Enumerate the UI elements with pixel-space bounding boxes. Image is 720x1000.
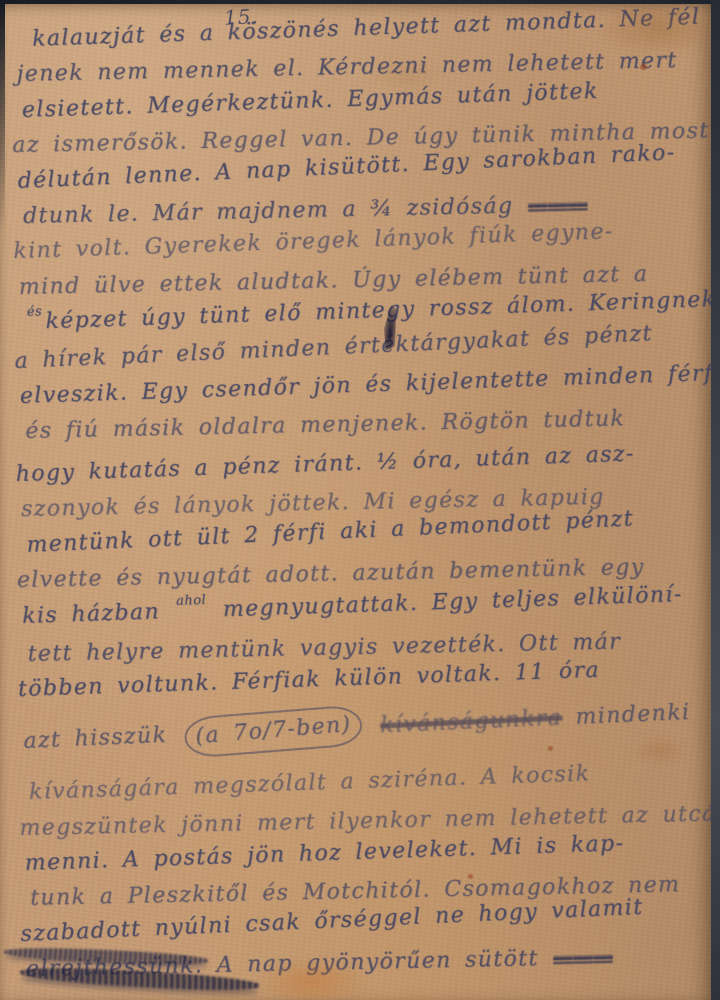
scan-edge-left: [0, 0, 5, 235]
paper: 15. kalauzját és a köszönés helyett azt …: [0, 2, 712, 1000]
handwriting-text: azt hisszük: [23, 722, 181, 754]
scan-edge-right: [711, 0, 720, 1000]
scanned-page: 15. kalauzját és a köszönés helyett azt …: [0, 0, 720, 1000]
handwriting-text: kívánságára megszólalt a sziréna. A kocs…: [29, 761, 591, 805]
handwriting-lines: kalauzját és a köszönés helyett azt mond…: [8, 15, 720, 988]
paper-speck: [548, 746, 553, 751]
strikethrough-text: kívánságunkra: [380, 705, 563, 738]
scribble-strike: ———: [552, 944, 613, 971]
paper-speck: [640, 64, 647, 70]
superscript-insertion: ahol: [176, 592, 207, 608]
scan-edge-top: [0, 0, 720, 4]
paper-speck: [468, 874, 473, 879]
circled-annotation: (a 7o/7-ben): [183, 704, 364, 759]
superscript-insertion: és: [27, 304, 43, 320]
handwriting-text: mindenki: [562, 699, 691, 730]
handwriting-text: [366, 713, 380, 739]
handwriting-text: kis házban: [22, 598, 174, 628]
